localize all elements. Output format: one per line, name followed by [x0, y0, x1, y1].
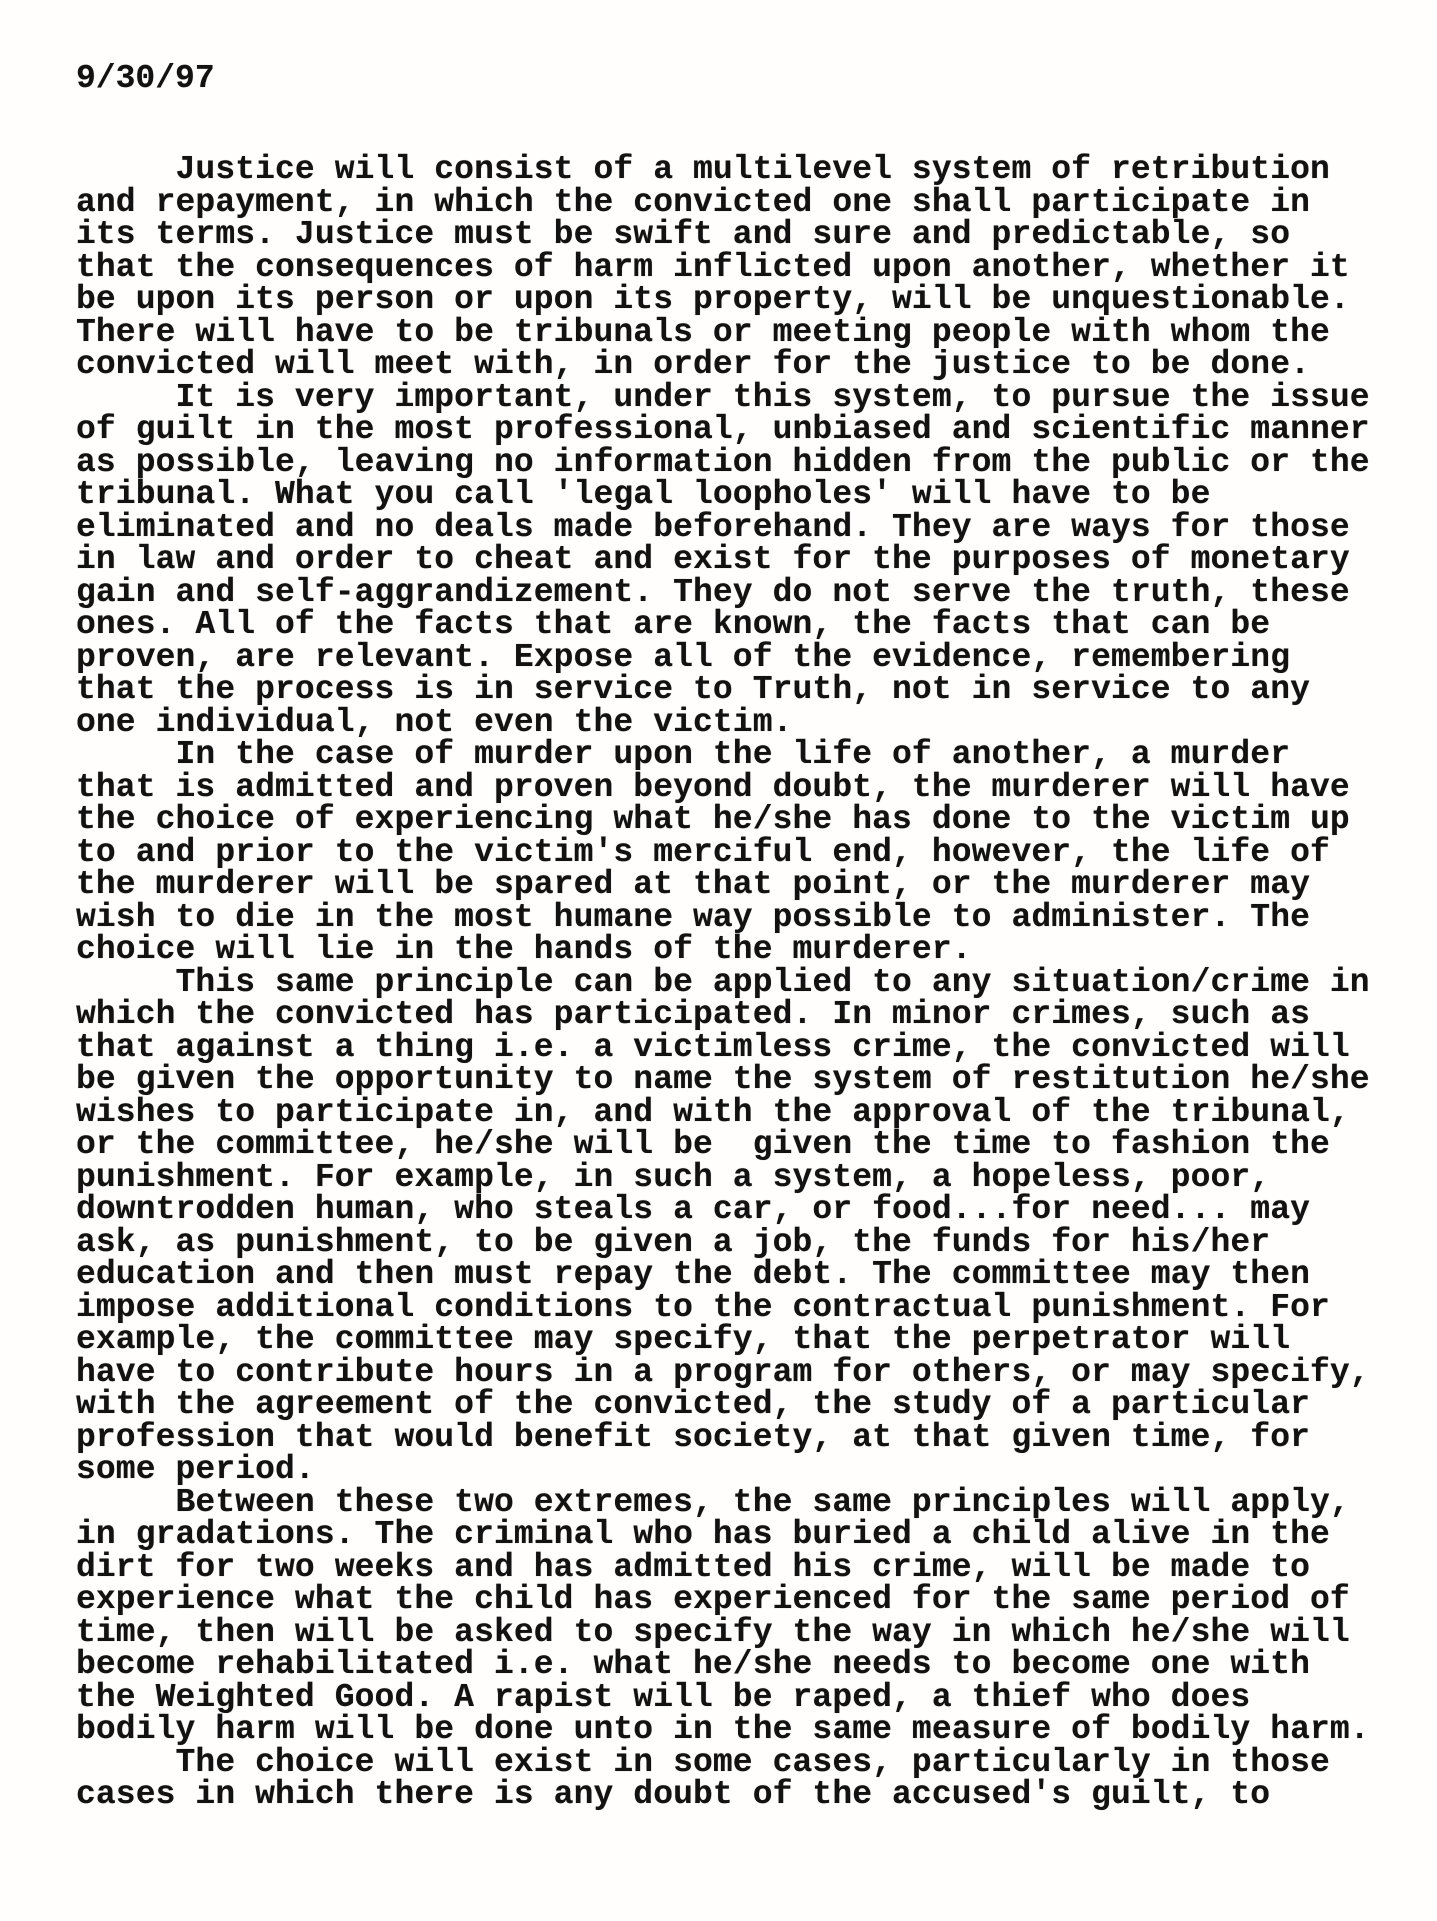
text-line: or the committee, he/she will be given t… [76, 1129, 1417, 1162]
text-line: dirt for two weeks and has admitted his … [76, 1552, 1417, 1585]
text-line: It is very important, under this system,… [76, 382, 1417, 415]
text-line: the choice of experiencing what he/she h… [76, 804, 1417, 837]
text-line: that against a thing i.e. a victimless c… [76, 1032, 1417, 1065]
text-line: choice will lie in the hands of the murd… [76, 934, 1417, 967]
paragraph: Justice will consist of a multilevel sys… [76, 154, 1417, 382]
text-line: gain and self-aggrandizement. They do no… [76, 577, 1417, 610]
text-line: which the convicted has participated. In… [76, 999, 1417, 1032]
text-line: There will have to be tribunals or meeti… [76, 317, 1417, 350]
text-line: in law and order to cheat and exist for … [76, 544, 1417, 577]
text-line: be upon its person or upon its property,… [76, 284, 1417, 317]
text-line: bodily harm will be done unto in the sam… [76, 1714, 1417, 1747]
text-line: downtrodden human, who steals a car, or … [76, 1194, 1417, 1227]
text-line: eliminated and no deals made beforehand.… [76, 512, 1417, 545]
text-line: have to contribute hours in a program fo… [76, 1357, 1417, 1390]
text-line: some period. [76, 1454, 1417, 1487]
text-line: punishment. For example, in such a syste… [76, 1162, 1417, 1195]
text-line: with the agreement of the convicted, the… [76, 1389, 1417, 1422]
text-line: proven, are relevant. Expose all of the … [76, 642, 1417, 675]
text-line: as possible, leaving no information hidd… [76, 447, 1417, 480]
text-line: convicted will meet with, in order for t… [76, 349, 1417, 382]
text-line: The choice will exist in some cases, par… [76, 1747, 1417, 1780]
text-line: time, then will be asked to specify the … [76, 1617, 1417, 1650]
text-line: of guilt in the most professional, unbia… [76, 414, 1417, 447]
text-line: its terms. Justice must be swift and sur… [76, 219, 1417, 252]
text-line: become rehabilitated i.e. what he/she ne… [76, 1649, 1417, 1682]
text-line: In the case of murder upon the life of a… [76, 739, 1417, 772]
paragraph: This same principle can be applied to an… [76, 967, 1417, 1487]
text-line: ask, as punishment, to be given a job, t… [76, 1227, 1417, 1260]
paragraph: In the case of murder upon the life of a… [76, 739, 1417, 967]
text-line: in gradations. The criminal who has buri… [76, 1519, 1417, 1552]
text-line: This same principle can be applied to an… [76, 967, 1417, 1000]
text-line: cases in which there is any doubt of the… [76, 1779, 1417, 1812]
paragraph: Between these two extremes, the same pri… [76, 1487, 1417, 1812]
paragraph: It is very important, under this system,… [76, 382, 1417, 740]
document-body: Justice will consist of a multilevel sys… [76, 154, 1417, 1812]
text-line: be given the opportunity to name the sys… [76, 1064, 1417, 1097]
document-page: 9/30/97 Justice will consist of a multil… [0, 0, 1437, 1921]
text-line: ones. All of the facts that are known, t… [76, 609, 1417, 642]
text-line: that is admitted and proven beyond doubt… [76, 772, 1417, 805]
text-line: experience what the child has experience… [76, 1584, 1417, 1617]
text-line: example, the committee may specify, that… [76, 1324, 1417, 1357]
text-line: that the process is in service to Truth,… [76, 674, 1417, 707]
text-line: the murderer will be spared at that poin… [76, 869, 1417, 902]
text-line: education and then must repay the debt. … [76, 1259, 1417, 1292]
text-line: one individual, not even the victim. [76, 707, 1417, 740]
text-line: the Weighted Good. A rapist will be rape… [76, 1682, 1417, 1715]
text-line: that the consequences of harm inflicted … [76, 252, 1417, 285]
text-line: wish to die in the most humane way possi… [76, 902, 1417, 935]
text-line: impose additional conditions to the cont… [76, 1292, 1417, 1325]
text-line: to and prior to the victim's merciful en… [76, 837, 1417, 870]
text-line: Justice will consist of a multilevel sys… [76, 154, 1417, 187]
text-line: wishes to participate in, and with the a… [76, 1097, 1417, 1130]
date-heading: 9/30/97 [76, 62, 215, 96]
text-line: tribunal. What you call 'legal loopholes… [76, 479, 1417, 512]
text-line: and repayment, in which the convicted on… [76, 187, 1417, 220]
text-line: Between these two extremes, the same pri… [76, 1487, 1417, 1520]
text-line: profession that would benefit society, a… [76, 1422, 1417, 1455]
